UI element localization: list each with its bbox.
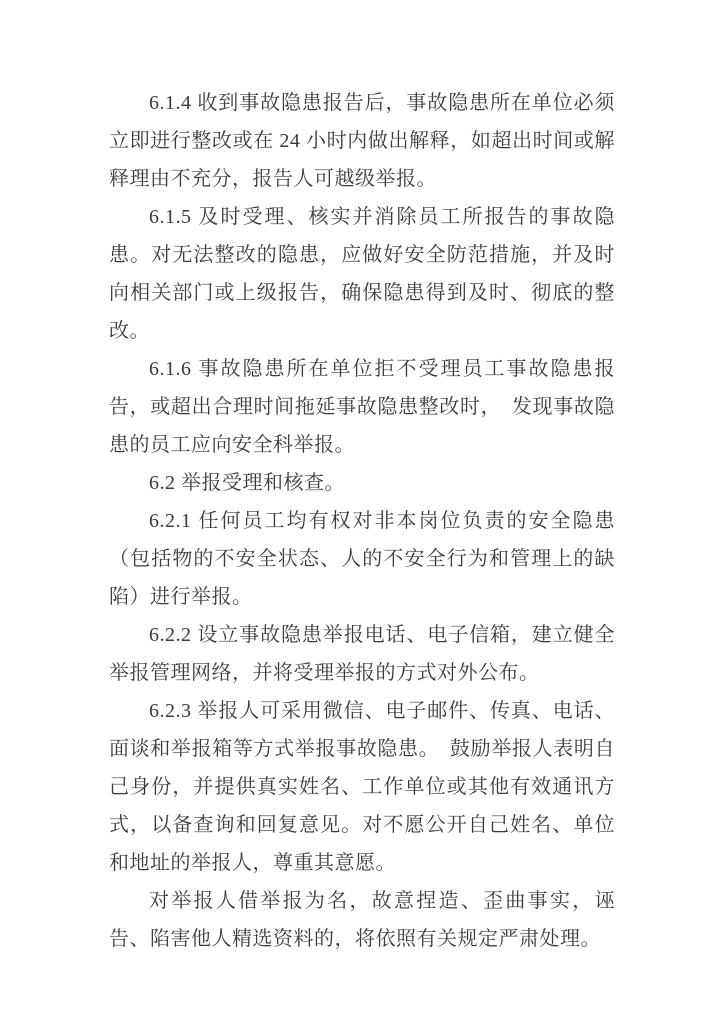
- paragraph-6-2-3: 6.2.3 举报人可采用微信、电子邮件、传真、电话、面谈和举报箱等方式举报事故隐…: [109, 692, 615, 882]
- paragraph-6-1-6: 6.1.6 事故隐患所在单位拒不受理员工事故隐患报告，或超出合理时间拖延事故隐患…: [109, 350, 615, 464]
- paragraph-6-2-2: 6.2.2 设立事故隐患举报电话、电子信箱，建立健全举报管理网络，并将受理举报的…: [109, 616, 615, 692]
- page-content: 6.1.4 收到事故隐患报告后，事故隐患所在单位必须立即进行整改或在 24 小时…: [109, 84, 615, 958]
- paragraph-closing: 对举报人借举报为名，故意捏造、歪曲事实，诬告、陷害他人精选资料的，将依照有关规定…: [109, 882, 615, 958]
- paragraph-6-1-4: 6.1.4 收到事故隐患报告后，事故隐患所在单位必须立即进行整改或在 24 小时…: [109, 84, 615, 198]
- document-page: 6.1.4 收到事故隐患报告后，事故隐患所在单位必须立即进行整改或在 24 小时…: [0, 0, 724, 1024]
- paragraph-6-2-1: 6.2.1 任何员工均有权对非本岗位负责的安全隐患（包括物的不安全状态、人的不安…: [109, 502, 615, 616]
- heading-6-2: 6.2 举报受理和核查。: [109, 464, 615, 502]
- paragraph-6-1-5: 6.1.5 及时受理、核实并消除员工所报告的事故隐患。对无法整改的隐患，应做好安…: [109, 198, 615, 350]
